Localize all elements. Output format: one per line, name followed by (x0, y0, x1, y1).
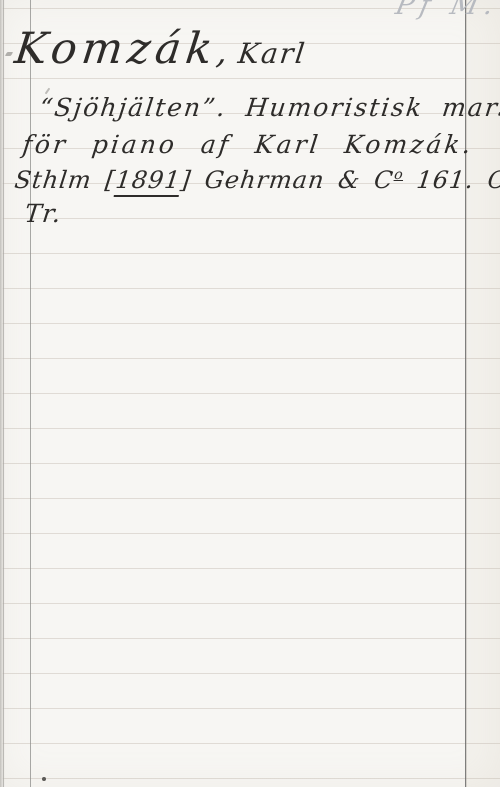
stray-dot-bottom (42, 777, 46, 781)
card-edge-line (3, 0, 4, 787)
horizontal-ruling (0, 8, 500, 787)
work-title-line: “Sjöhjälten”. Humoristisk marsch (38, 93, 500, 122)
pencil-annotation: Pf M. (393, 0, 500, 21)
imprint-close-bracket: ] (179, 166, 193, 194)
work-subtitle-line: för piano af Karl Komzák. (21, 130, 475, 159)
composer-surname: Komzák (12, 24, 220, 74)
printer-abbreviation: Tr. (23, 199, 63, 228)
imprint-publisher: Gehrman & C (203, 166, 395, 194)
stray-mark-left (5, 52, 13, 56)
imprint-plate-number: 161. (401, 166, 489, 194)
composer-forename: Karl (236, 37, 308, 70)
catalog-card: Pf M. Komzák,Karl “Sjöhjälten”. Humorist… (0, 0, 500, 787)
imprint-year: 1891 (114, 166, 183, 197)
heading-line: Komzák,Karl (12, 24, 310, 74)
imprint-printer-name: Central (486, 166, 500, 194)
imprint-line: Sthlm [1891] Gehrman & Co 161. Central (13, 166, 500, 194)
imprint-place: Sthlm (13, 166, 93, 194)
left-margin-rule (30, 0, 31, 787)
